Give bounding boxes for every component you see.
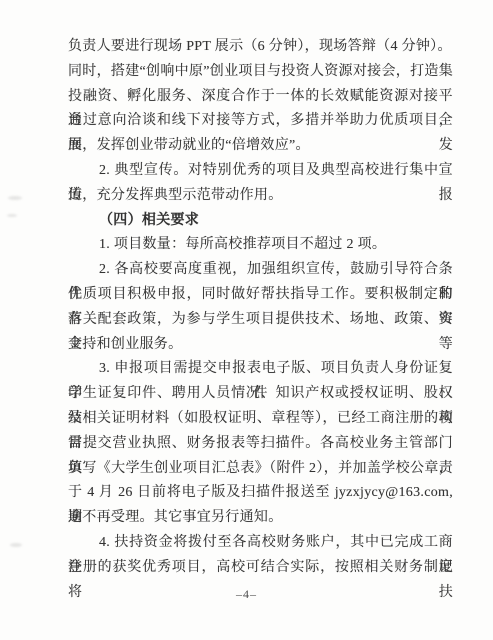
text-line: 需提交营业执照、财务报表等扫描件。各高校业务主管部门负责 <box>68 432 453 457</box>
text-line: 填写《大学生创业项目汇总表》（附件 2），并加盖学校公章， <box>68 457 453 482</box>
text-line: 3. 申报项目需提交申报表电子版、项目负责人身份证复印件、 <box>68 357 453 382</box>
text-line: 2. 典型宣传。对特别优秀的项目及典型高校进行集中宣传报 <box>68 159 453 184</box>
text-line: 于 4 月 26 日前将电子版及扫描件报送至 jyzxjycy@163.com,… <box>68 481 453 506</box>
section-heading: （四）相关要求 <box>68 209 453 234</box>
document-page: 负责人要进行现场 PPT 展示（6 分钟），现场答辩（4 分钟）。 同时，搭建“… <box>0 0 493 640</box>
text-line: 负责人要进行现场 PPT 展示（6 分钟），现场答辩（4 分钟）。 <box>68 35 453 60</box>
text-line: 1. 项目数量：每所高校推荐项目不超过 2 项。 <box>68 233 453 258</box>
text-line: 4. 扶持资金将拨付至各高校财务账户，其中已完成工商登记 <box>68 531 453 556</box>
scan-artifact <box>8 196 22 200</box>
text-line: 期不再受理。其它事宜另行通知。 <box>68 506 453 531</box>
page-number: –4– <box>0 584 493 604</box>
scan-artifact <box>10 543 22 547</box>
scan-artifact <box>7 214 17 217</box>
text-line: 学生证复印件、聘用人员情况、知识产权或授权证明、股权结构 <box>68 382 453 407</box>
text-line: 注册的获奖优秀项目，高校可结合实际，按照相关财务制度将扶 <box>68 556 453 581</box>
text-line: 通过意向洽谈和线下对接等方式，多措并举助力优质项目全面发 <box>68 109 453 134</box>
text-line: 有关配套政策，为参与学生项目提供技术、场地、政策、资金等 <box>68 308 453 333</box>
text-line: 及相关证明材料（如股权证明、章程等），已经工商注册的项目 <box>68 407 453 432</box>
text-line: 同时，搭建“创响中原”创业项目与投资人资源对接会，打造集 <box>68 60 453 85</box>
text-line: 2. 各高校要高度重视，加强组织宣传，鼓励引导符合条件的 <box>68 258 453 283</box>
text-line: 优质项目积极申报，同时做好帮扶指导工作。要积极制定和落实 <box>68 283 453 308</box>
body-text: 负责人要进行现场 PPT 展示（6 分钟），现场答辩（4 分钟）。 同时，搭建“… <box>68 35 453 581</box>
text-line: 投融资、孵化服务、深度合作于一体的长效赋能资源对接平台， <box>68 85 453 110</box>
